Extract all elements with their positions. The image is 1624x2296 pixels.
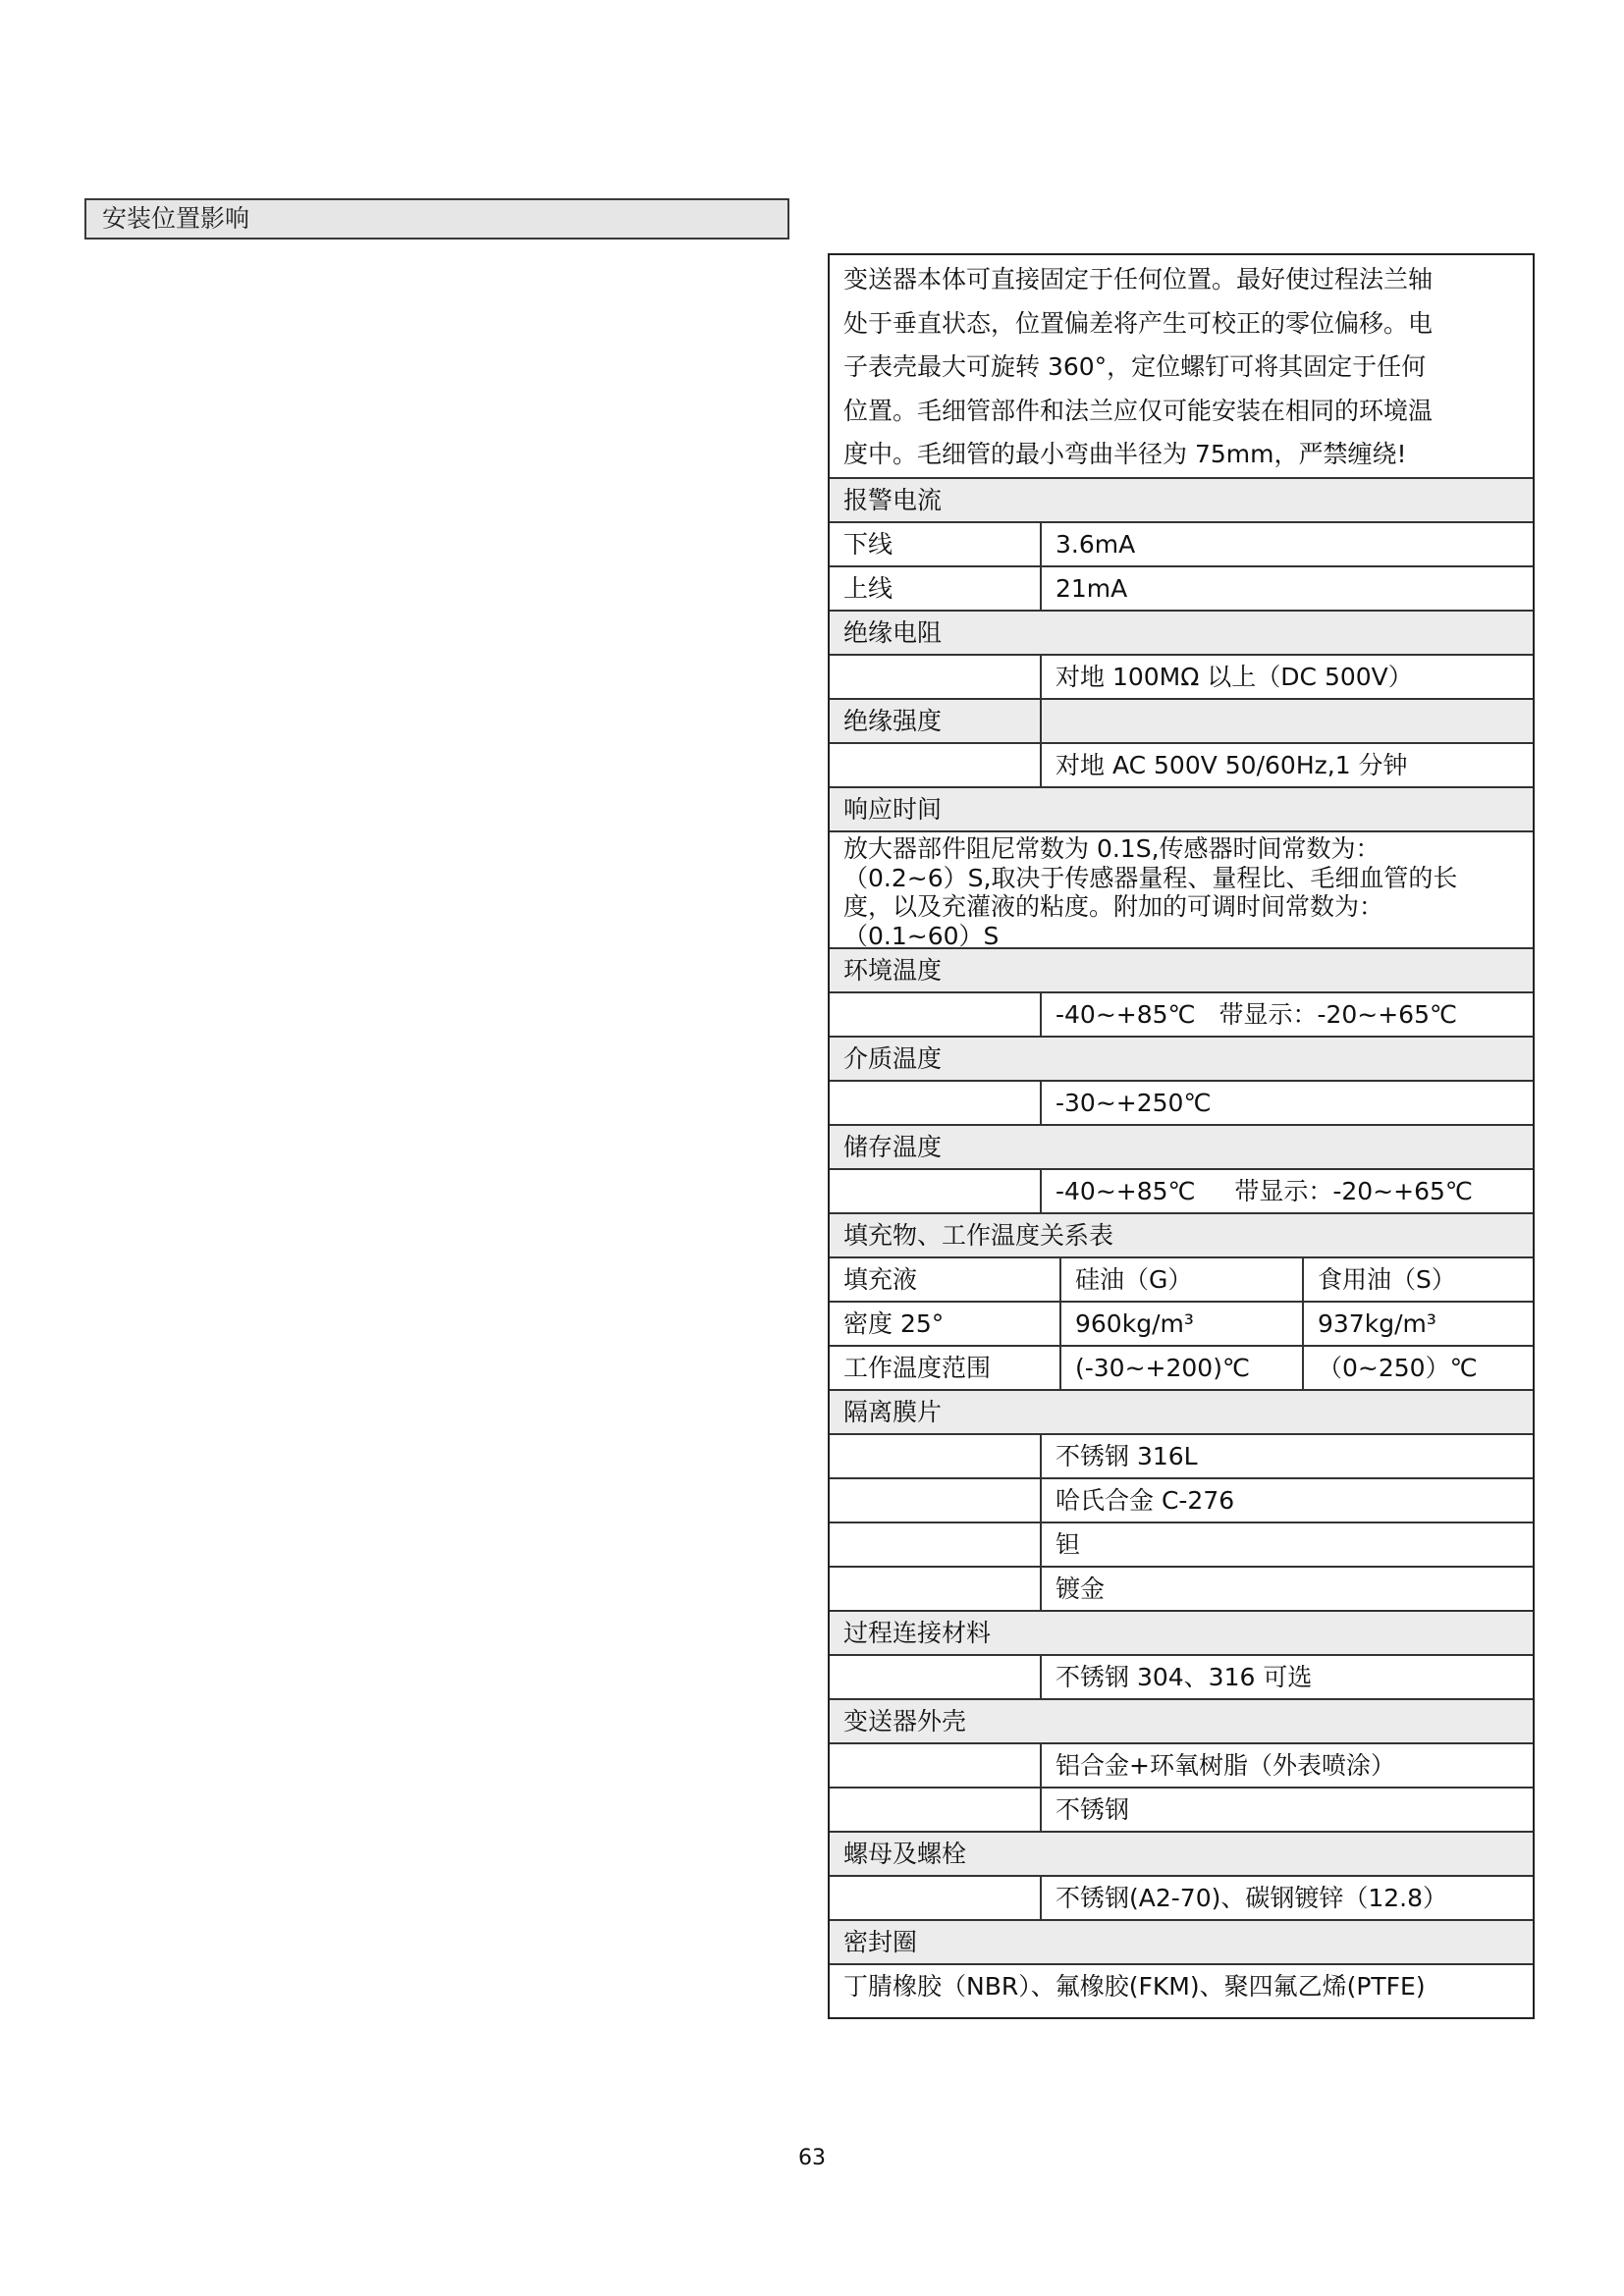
response-line: 放大器部件阻尼常数为 0.1S,传感器时间常数为： [843,834,1519,864]
installation-text: 变送器本体可直接固定于任何位置。最好使过程法兰轴 处于垂直状态，位置偏差将产生可… [830,255,1533,477]
ambient-temp-value: -40~+85℃ 带显示：-20~+65℃ [1042,993,1533,1036]
table-row: 上线 21mA [830,565,1533,610]
empty-label [830,1656,1042,1698]
response-line: （0.1~60）S [843,922,1519,947]
fill-table-title: 填充物、工作温度关系表 [830,1214,1533,1256]
installation-text-row: 变送器本体可直接固定于任何位置。最好使过程法兰轴 处于垂直状态，位置偏差将产生可… [830,255,1533,477]
installation-line: 处于垂直状态，位置偏差将产生可校正的零位偏移。电 [843,302,1519,347]
density-label: 密度 25° [830,1303,1061,1345]
density-silicone: 960kg/m³ [1061,1303,1304,1345]
insulation-resistance-title: 绝缘电阻 [830,612,1533,654]
medium-temp-header: 介质温度 [830,1036,1533,1080]
empty-label [830,1877,1042,1919]
diaphragm-title: 隔离膜片 [830,1391,1533,1433]
table-row: 铝合金+环氧树脂（外表喷涂） [830,1742,1533,1787]
alarm-current-title: 报警电流 [830,479,1533,521]
alarm-high-value: 21mA [1042,567,1533,610]
response-line: 度，以及充灌液的粘度。附加的可调时间常数为： [843,892,1519,922]
process-connection-header: 过程连接材料 [830,1610,1533,1654]
diaphragm-value: 镀金 [1042,1568,1533,1610]
fill-table-header: 填充物、工作温度关系表 [830,1212,1533,1256]
alarm-current-header: 报警电流 [830,477,1533,521]
empty-label [830,1523,1042,1566]
medium-temp-title: 介质温度 [830,1038,1533,1080]
working-temp-label: 工作温度范围 [830,1347,1061,1389]
response-time-header: 响应时间 [830,786,1533,830]
diaphragm-value: 不锈钢 316L [1042,1435,1533,1477]
storage-temp-title: 储存温度 [830,1126,1533,1168]
seal-header: 密封圈 [830,1919,1533,1963]
alarm-low-label: 下线 [830,523,1042,565]
table-row: 不锈钢 304、316 可选 [830,1654,1533,1698]
table-row: 镀金 [830,1566,1533,1610]
installation-line: 度中。毛细管的最小弯曲半径为 75mm，严禁缠绕! [843,433,1519,477]
empty-label [830,1789,1042,1831]
storage-temp-value: -40~+85℃ 带显示：-20~+65℃ [1042,1170,1533,1212]
empty-label [830,1568,1042,1610]
diaphragm-value: 哈氏合金 C-276 [1042,1479,1533,1522]
process-connection-value: 不锈钢 304、316 可选 [1042,1656,1533,1698]
table-row: 对地 100MΩ 以上（DC 500V） [830,654,1533,698]
table-row: 下线 3.6mA [830,521,1533,565]
page-number: 63 [0,2146,1624,2170]
table-row: 哈氏合金 C-276 [830,1477,1533,1522]
ambient-temp-title: 环境温度 [830,949,1533,991]
response-line: （0.2~6）S,取决于传感器量程、量程比、毛细血管的长 [843,864,1519,893]
response-time-text-row: 放大器部件阻尼常数为 0.1S,传感器时间常数为： （0.2~6）S,取决于传感… [830,830,1533,947]
empty-label [830,1744,1042,1787]
diaphragm-header: 隔离膜片 [830,1389,1533,1433]
housing-value: 不锈钢 [1042,1789,1533,1831]
bolts-value: 不锈钢(A2-70)、碳钢镀锌（12.8） [1042,1877,1533,1919]
insulation-strength-value: 对地 AC 500V 50/60Hz,1 分钟 [1042,744,1533,786]
storage-temp-header: 储存温度 [830,1124,1533,1168]
process-connection-title: 过程连接材料 [830,1612,1533,1654]
seal-value: 丁腈橡胶（NBR）、氟橡胶(FKM)、聚四氟乙烯(PTFE) [830,1965,1533,2017]
empty-value [1042,700,1533,742]
table-row: 钽 [830,1522,1533,1566]
installation-line: 位置。毛细管部件和法兰应仅可能安装在相同的环境温 [843,390,1519,434]
medium-temp-value: -30~+250℃ [1042,1082,1533,1124]
working-temp-edible: （0~250）℃ [1304,1347,1533,1389]
alarm-high-label: 上线 [830,567,1042,610]
table-row: 不锈钢(A2-70)、碳钢镀锌（12.8） [830,1875,1533,1919]
empty-label [830,1082,1042,1124]
working-temp-silicone: (-30~+200)℃ [1061,1347,1304,1389]
table-row: 密度 25° 960kg/m³ 937kg/m³ [830,1301,1533,1345]
fill-liquid-label: 填充液 [830,1258,1061,1301]
housing-value: 铝合金+环氧树脂（外表喷涂） [1042,1744,1533,1787]
empty-label [830,1170,1042,1212]
empty-label [830,993,1042,1036]
table-row: -30~+250℃ [830,1080,1533,1124]
table-row: 丁腈橡胶（NBR）、氟橡胶(FKM)、聚四氟乙烯(PTFE) [830,1963,1533,2017]
empty-label [830,744,1042,786]
insulation-strength-title: 绝缘强度 [830,700,1042,742]
table-row: 对地 AC 500V 50/60Hz,1 分钟 [830,742,1533,786]
alarm-low-value: 3.6mA [1042,523,1533,565]
table-row: 不锈钢 316L [830,1433,1533,1477]
insulation-resistance-header: 绝缘电阻 [830,610,1533,654]
response-time-text: 放大器部件阻尼常数为 0.1S,传感器时间常数为： （0.2~6）S,取决于传感… [830,832,1533,947]
bolts-header: 螺母及螺栓 [830,1831,1533,1875]
ambient-temp-header: 环境温度 [830,947,1533,991]
empty-label [830,1479,1042,1522]
empty-label [830,656,1042,698]
response-time-title: 响应时间 [830,788,1533,830]
installation-line: 变送器本体可直接固定于任何位置。最好使过程法兰轴 [843,258,1519,302]
table-row: -40~+85℃ 带显示：-20~+65℃ [830,1168,1533,1212]
table-row: 填充液 硅油（G） 食用油（S） [830,1256,1533,1301]
fill-edible-oil: 食用油（S） [1304,1258,1533,1301]
table-row: 工作温度范围 (-30~+200)℃ （0~250）℃ [830,1345,1533,1389]
insulation-strength-header: 绝缘强度 [830,698,1533,742]
table-row: -40~+85℃ 带显示：-20~+65℃ [830,991,1533,1036]
spec-table: 变送器本体可直接固定于任何位置。最好使过程法兰轴 处于垂直状态，位置偏差将产生可… [828,253,1535,2019]
density-edible: 937kg/m³ [1304,1303,1533,1345]
section-title-installation-position: 安装位置影响 [84,198,789,240]
table-row: 不锈钢 [830,1787,1533,1831]
installation-line: 子表壳最大可旋转 360°，定位螺钉可将其固定于任何 [843,346,1519,390]
housing-title: 变送器外壳 [830,1700,1533,1742]
insulation-resistance-value: 对地 100MΩ 以上（DC 500V） [1042,656,1533,698]
diaphragm-value: 钽 [1042,1523,1533,1566]
bolts-title: 螺母及螺栓 [830,1833,1533,1875]
empty-label [830,1435,1042,1477]
housing-header: 变送器外壳 [830,1698,1533,1742]
seal-title: 密封圈 [830,1921,1533,1963]
fill-silicone-oil: 硅油（G） [1061,1258,1304,1301]
